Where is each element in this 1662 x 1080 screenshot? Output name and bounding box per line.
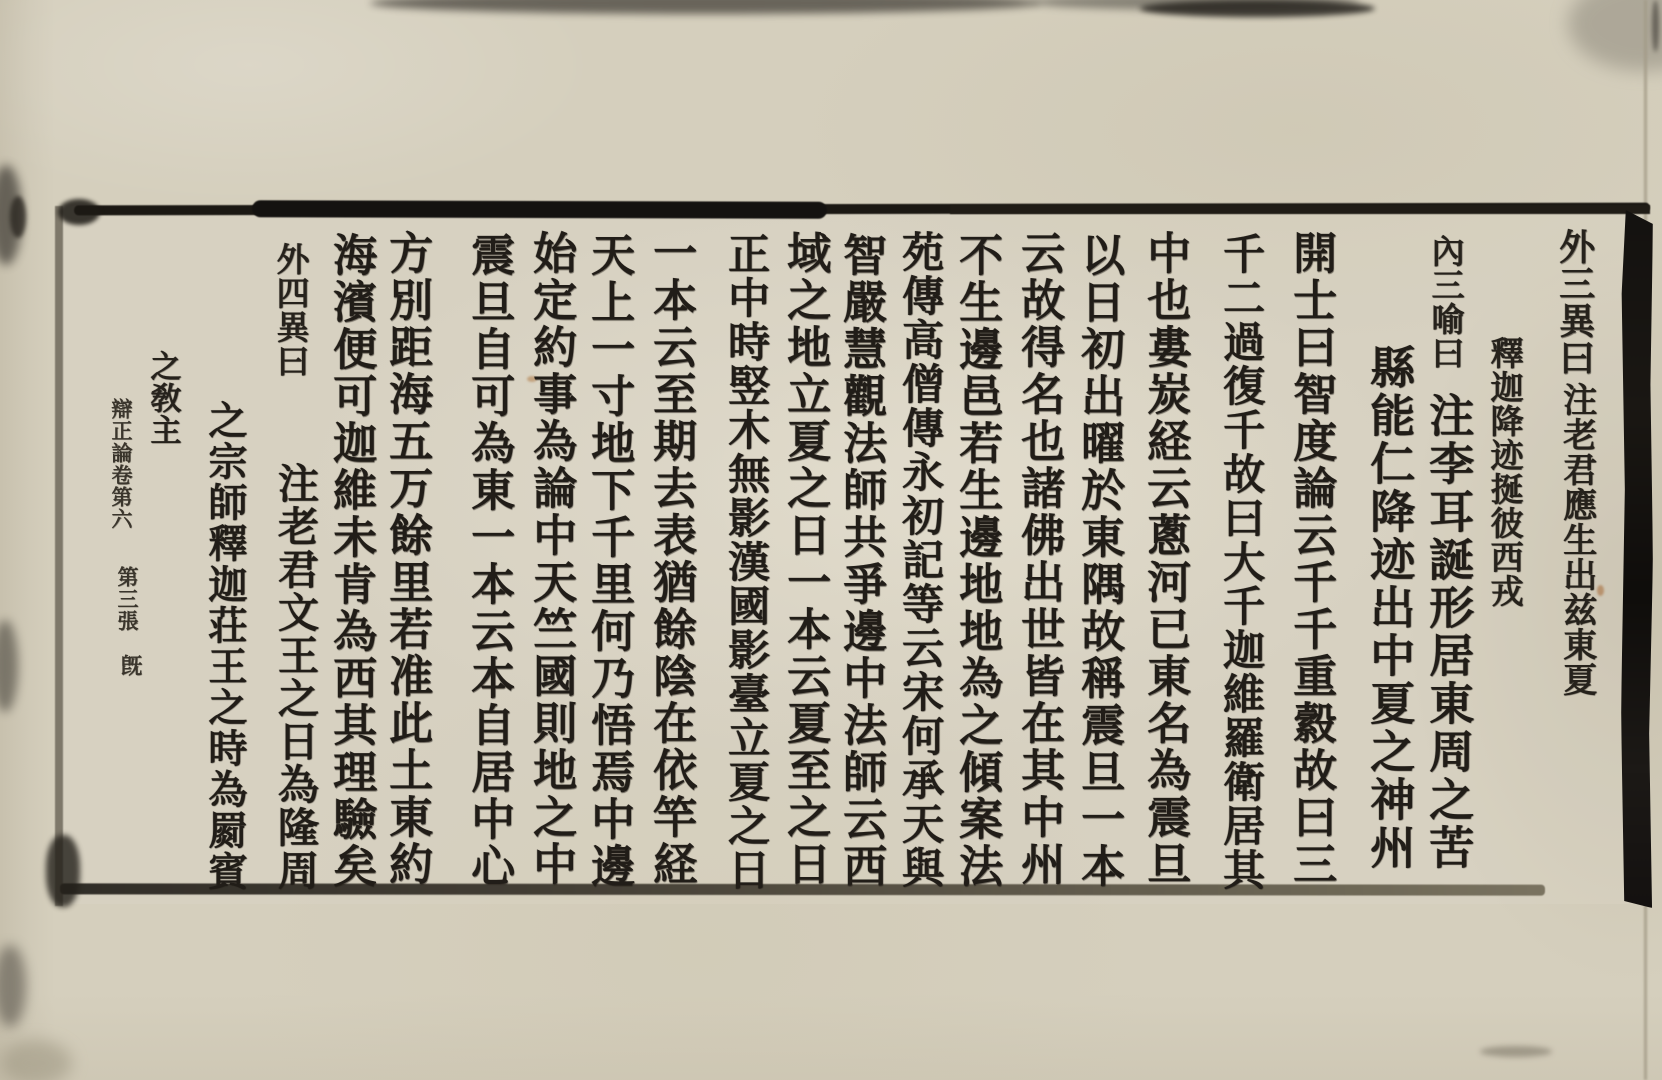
text-column-outer-four-header: 外四異曰 — [273, 242, 308, 378]
text-column-main-4: 以日初出曜於東隅故稱震旦一本 — [1075, 232, 1121, 890]
text-column-outer-four-note-continuation: 之敎主 — [146, 350, 179, 446]
text-column-main-10: 正中時竪木無影漢國影臺立夏之日 — [724, 232, 768, 892]
text-column-main-11: 一本云至期去表猶餘陰在依竿経 — [647, 230, 693, 888]
colophon-sheet-number: 第三張 — [116, 566, 138, 632]
text-column-main-12: 天上一寸地下千里何乃悟焉中邊 — [585, 232, 631, 890]
text-column-outer-three-note-right: 注老君應生出兹東夏 — [1558, 382, 1594, 697]
text-column-main-5: 云故得名也諸佛出世皆在其中州 — [1015, 230, 1061, 888]
text-column-inner-three-note-right: 注李耳誕形居東周之苦 — [1424, 392, 1471, 872]
text-column-main-8: 智嚴慧觀法師共爭邊中法師云西 — [837, 232, 883, 890]
text-column-outer-four-note-right: 注老君文王之日為隆周 — [273, 462, 316, 892]
text-column-main-6: 不生邊邑若生邊地地為之傾案法 — [953, 232, 999, 890]
colophon-case-character: 旣 — [118, 654, 141, 677]
text-column-main-9: 域之地立夏之日一本云夏至之日 — [781, 230, 827, 888]
text-column-main-15: 方別距海五万餘里若准此土東約 — [383, 230, 429, 888]
text-column-main-13: 始定約事為論中天竺國則地之中 — [527, 230, 573, 888]
text-column-main-7: 苑傳高僧傳永初記等云宋何承天與 — [898, 230, 942, 890]
text-column-main-3: 中也婁炭経云蔥河已東名為震旦 — [1141, 230, 1187, 888]
text-column-outer-three-header: 外三異曰 — [1555, 228, 1593, 376]
text-column-main-2: 千二過復千故曰大千迦維羅衛居其 — [1219, 232, 1263, 892]
colophon-scroll-title: 辯正論卷第六 — [110, 398, 132, 530]
text-column-inner-three-note-left: 縣能仁降迹出中夏之神州 — [1365, 344, 1412, 872]
text-column-outer-four-note-left: 之宗師釋迦荘王之時為罽賓 — [204, 400, 245, 892]
text-column-main-14: 震旦自可為東一本云本自居中心 — [465, 232, 511, 890]
text-column-outer-three-note-left: 釋迦降迹挻彼西戎 — [1487, 336, 1522, 608]
text-column-inner-three-header: 內三喻曰 — [1428, 234, 1463, 370]
text-column-main-16: 海濱便可迦維未肯為西其理驗矣 — [327, 232, 373, 890]
text-column-main-1: 開士曰智度論云千千重縠故曰三 — [1287, 230, 1333, 888]
